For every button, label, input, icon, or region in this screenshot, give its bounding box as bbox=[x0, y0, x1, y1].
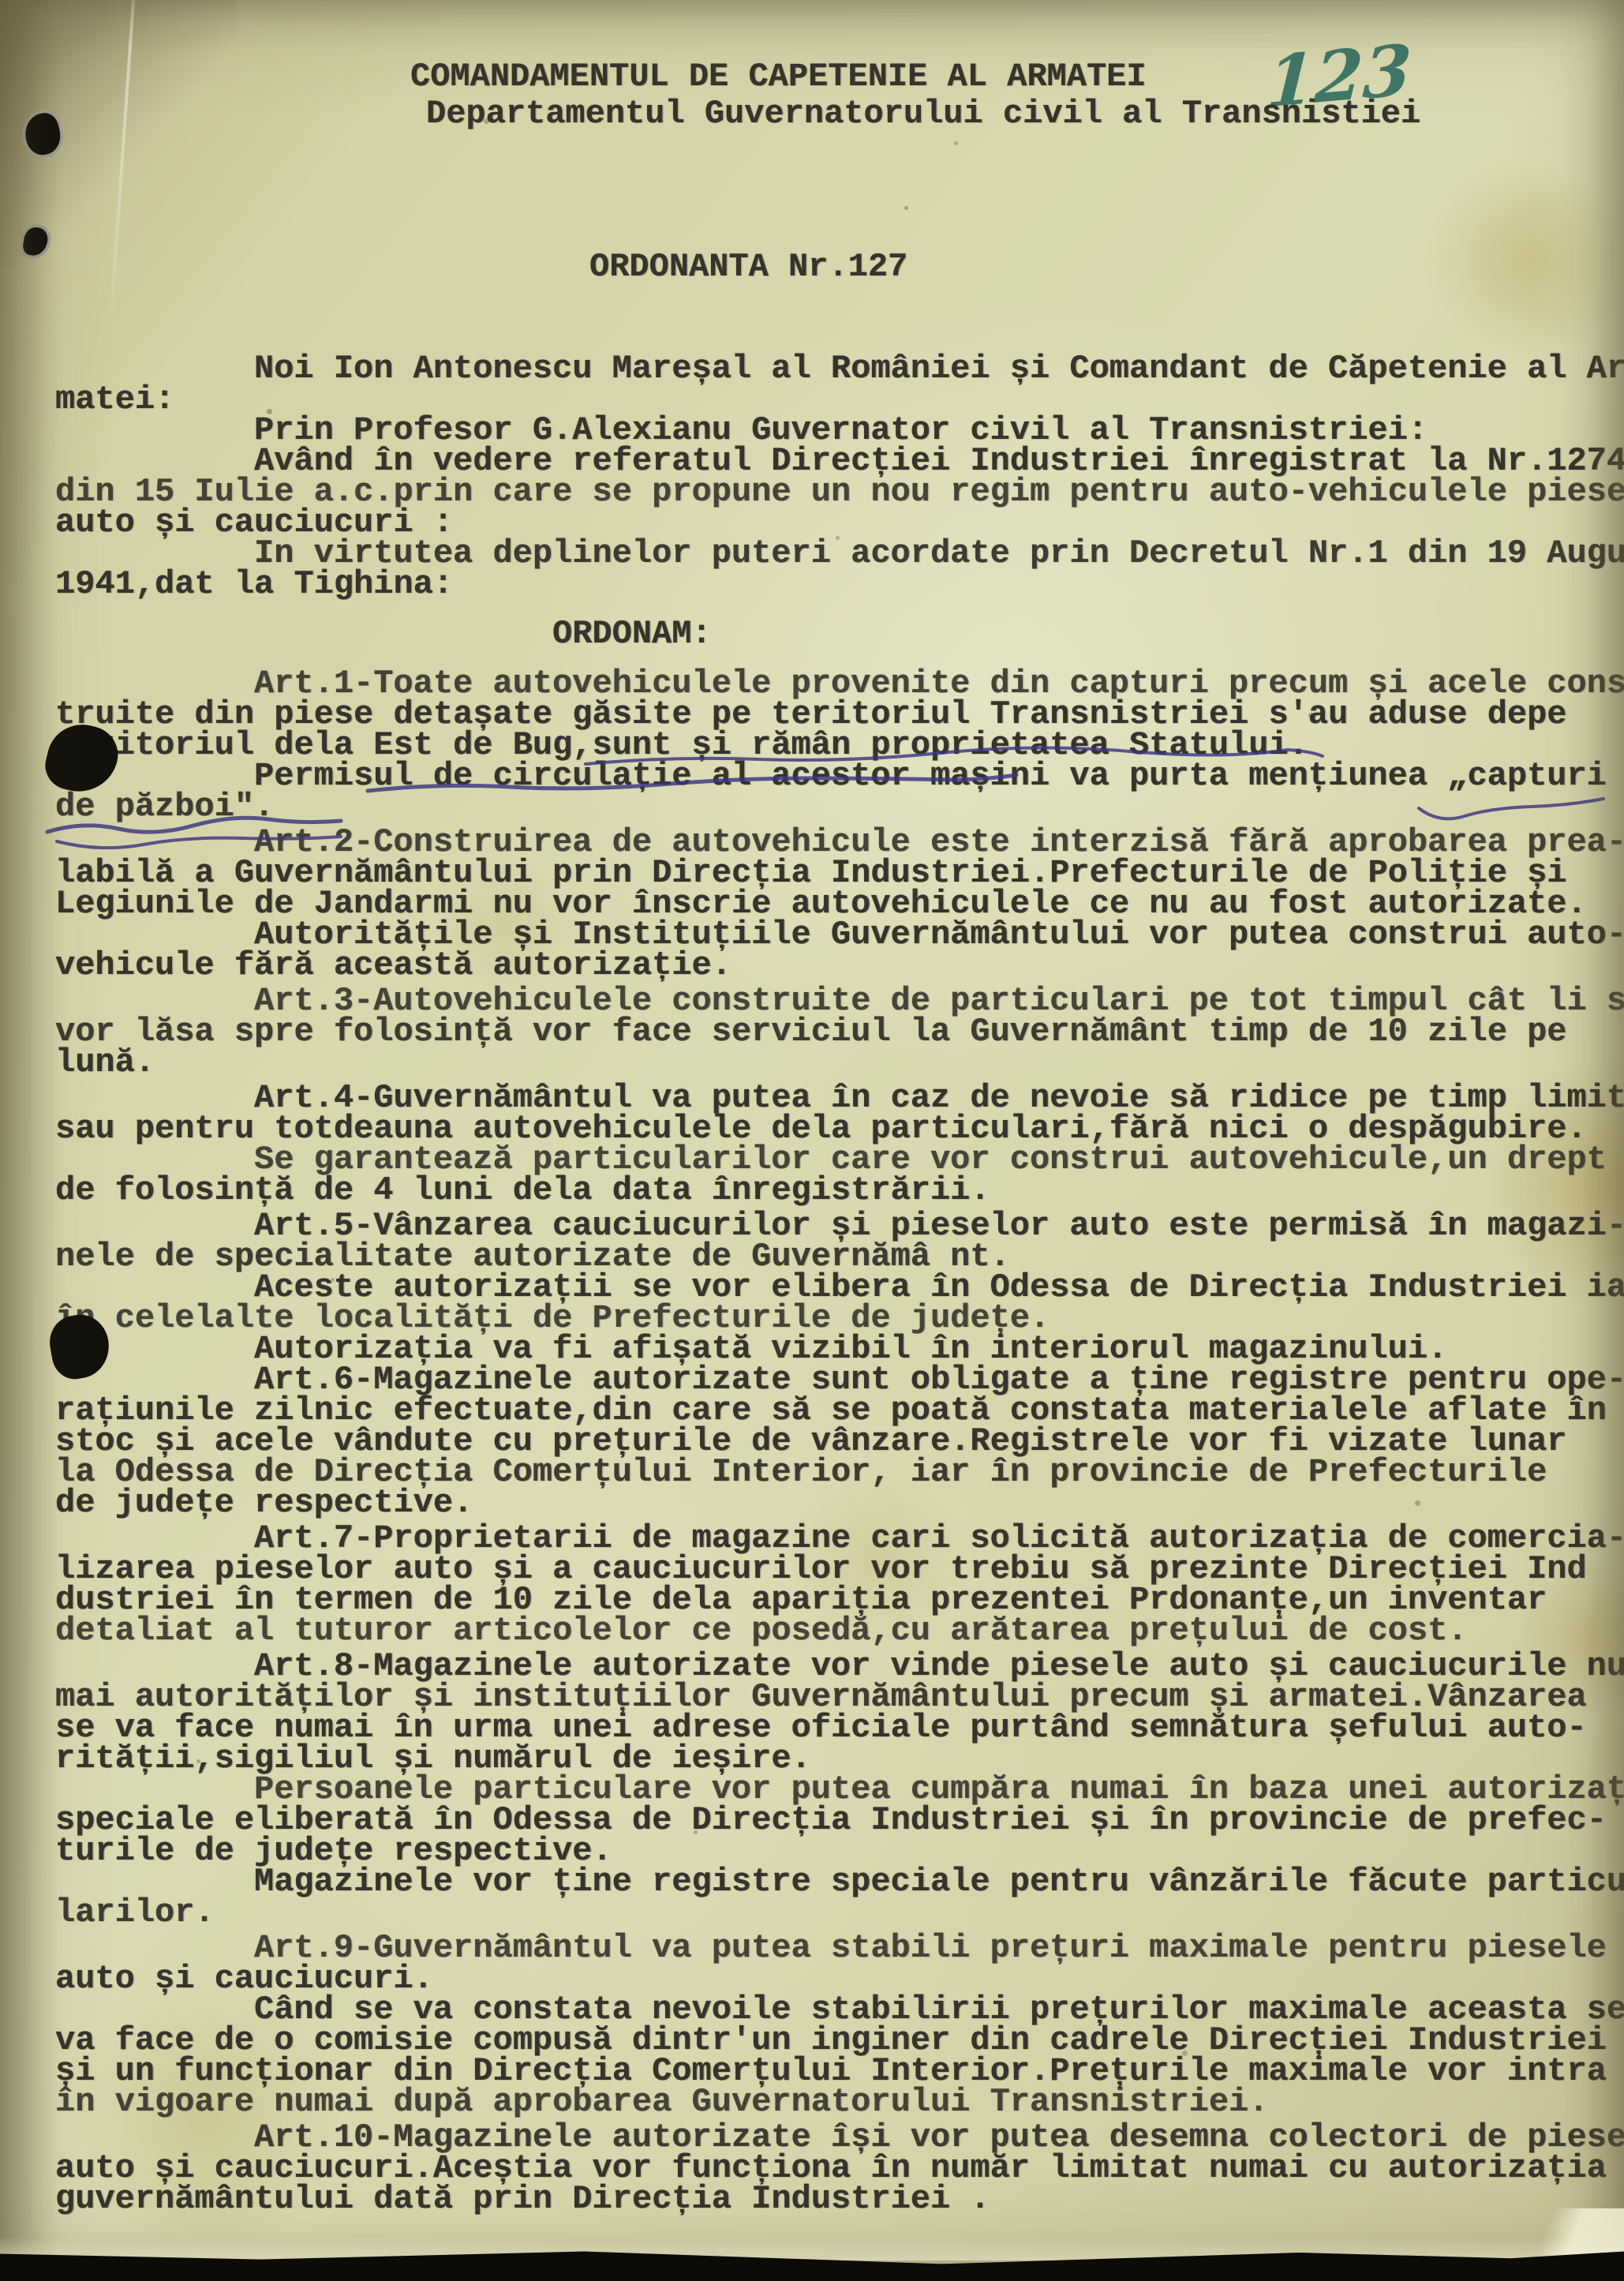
document-line: 1941,dat la Tighina: bbox=[55, 569, 1624, 600]
document-line: în vigoare numai după aprobarea Guvernat… bbox=[55, 2087, 1624, 2118]
document-line: vor lăsa spre folosință vor face servici… bbox=[55, 1017, 1624, 1047]
left-edge-shade bbox=[0, 0, 59, 2281]
document-line: la Odessa de Direcția Comerțului Interio… bbox=[55, 1457, 1624, 1488]
document-line: de folosință de 4 luni dela data înregis… bbox=[55, 1175, 1624, 1206]
punch-hole-second bbox=[18, 223, 53, 261]
typewritten-text-column: COMANDAMENTUL DE CAPETENIE AL ARMATEI De… bbox=[55, 0, 1624, 2215]
document-line: vehicule fără această autorizație. bbox=[55, 950, 1624, 981]
document-page: 123 COMANDAMENTUL DE CAPETENIE AL ARMATE… bbox=[0, 0, 1624, 2281]
document-line: de păzboi". bbox=[55, 792, 1624, 822]
document-line: Art.1-Toate autovehiculele provenite din… bbox=[55, 669, 1624, 699]
ordinance-title: ORDONANTA Nr.127 bbox=[55, 252, 1624, 283]
document-line: de județe respective. bbox=[55, 1488, 1624, 1519]
document-body: Noi Ion Antonescu Mareșal al României și… bbox=[55, 354, 1624, 2215]
document-line: Magazinele vor ține registre speciale pe… bbox=[55, 1867, 1624, 1897]
document-line: mai autorităților și instituțiilor Guver… bbox=[55, 1682, 1624, 1713]
document-line: In virtutea deplinelor puteri acordate p… bbox=[55, 538, 1624, 569]
document-line: Art.2-Construirea de autovehicule este i… bbox=[55, 827, 1624, 858]
document-line: ORDONAM: bbox=[55, 619, 1624, 650]
document-line: Permisul de circulație al acestor mașini… bbox=[55, 761, 1624, 792]
document-line: Art.9-Guvernământul va putea stabili pre… bbox=[55, 1933, 1624, 1964]
document-line: Persoanele particulare vor putea cumpăra… bbox=[55, 1774, 1624, 1805]
document-line: detaliat al tuturor articolelor ce posed… bbox=[55, 1616, 1624, 1646]
document-line: Se garantează particularilor care vor co… bbox=[55, 1144, 1624, 1175]
curled-corner-highlight bbox=[1490, 2208, 1624, 2257]
document-line: nele de specialitate autorizate de Guver… bbox=[55, 1242, 1624, 1272]
scan-background-edge bbox=[0, 2224, 1624, 2281]
document-line: lună. bbox=[55, 1047, 1624, 1078]
paper-speckles bbox=[0, 0, 2, 2]
document-line: guvernământului dată prin Direcția Indus… bbox=[55, 2184, 1624, 2215]
document-line: în celelalte localități de Prefecturile … bbox=[55, 1303, 1624, 1334]
document-line: Noi Ion Antonescu Mareșal al României și… bbox=[55, 354, 1624, 384]
document-line: larilor. bbox=[55, 1897, 1624, 1928]
document-line: din 15 Iulie a.c.prin care se propune un… bbox=[55, 477, 1624, 508]
header-line-2: Departamentul Guvernatorului civil al Tr… bbox=[55, 99, 1624, 129]
document-line: Art.10-Magazinele autorizate își vor put… bbox=[55, 2122, 1624, 2153]
header-line-1: COMANDAMENTUL DE CAPETENIE AL ARMATEI bbox=[55, 62, 1624, 92]
